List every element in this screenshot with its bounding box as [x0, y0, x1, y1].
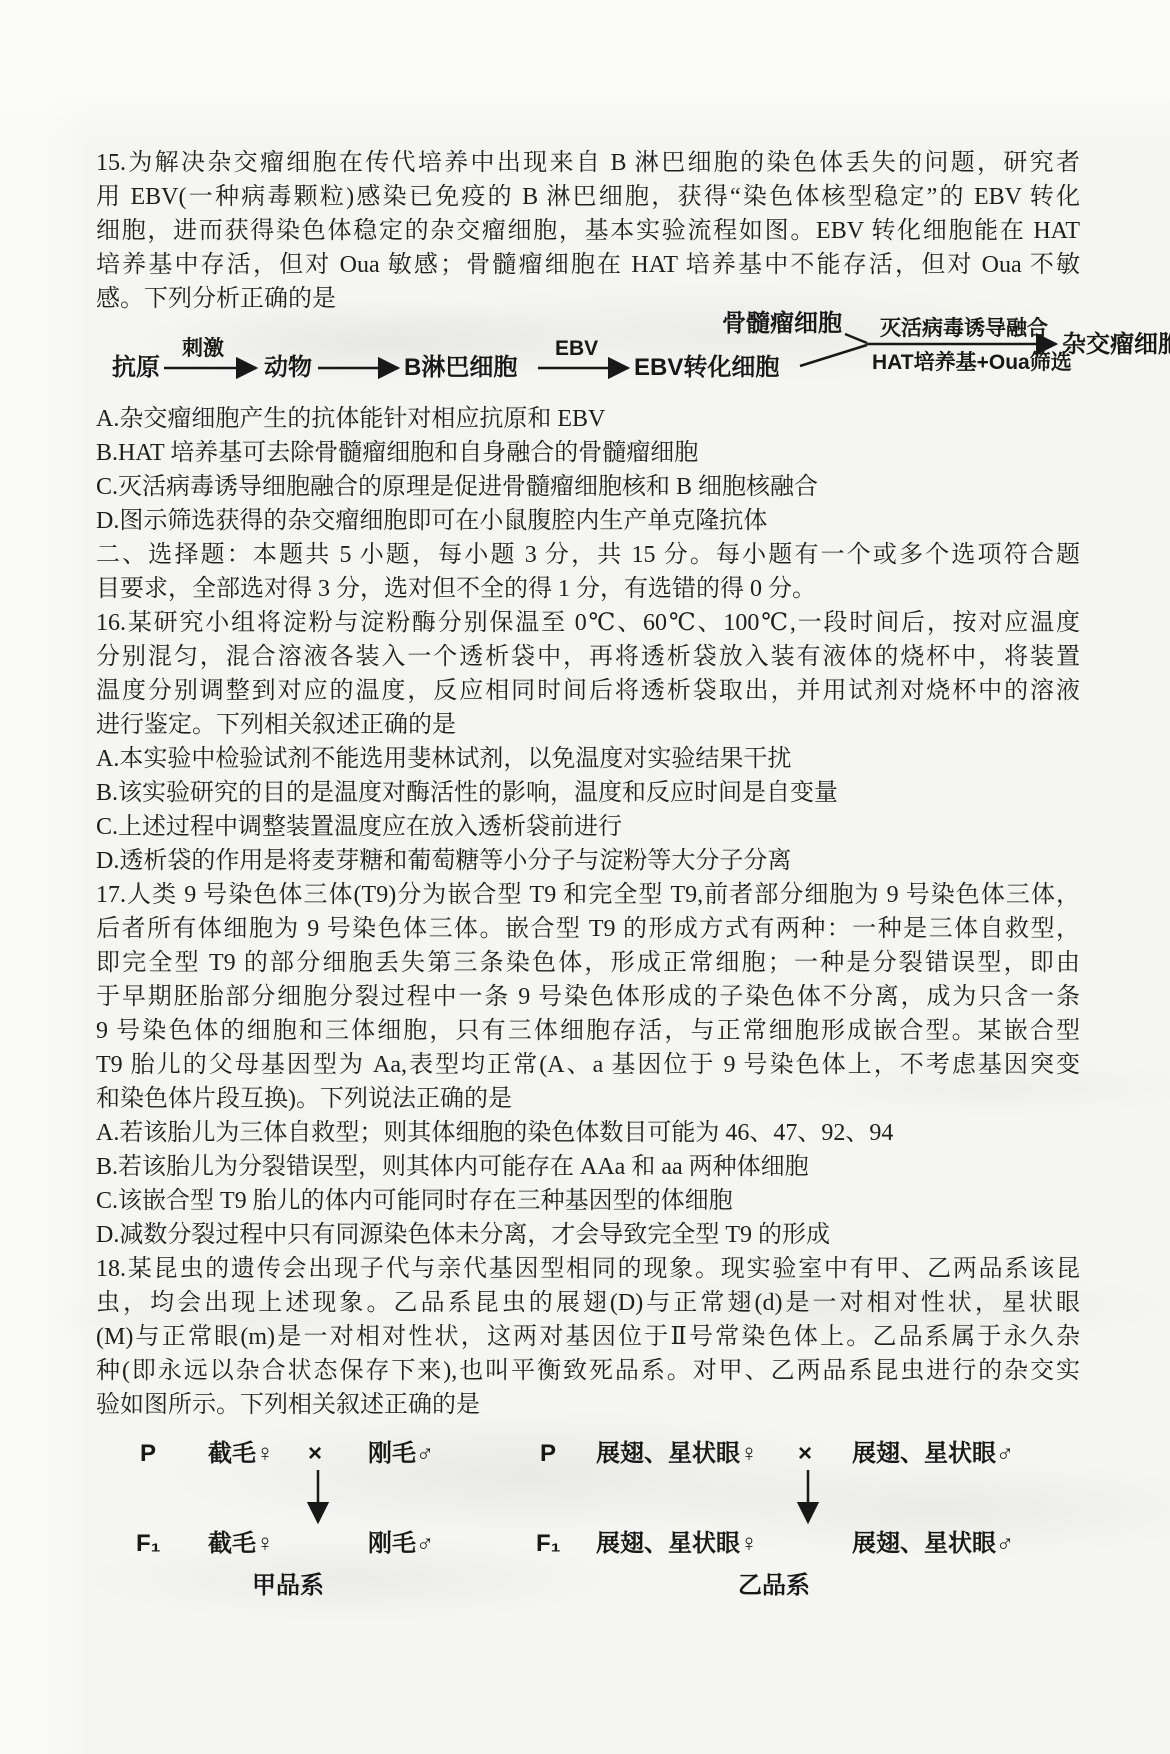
text-line: 16.某研究小组将淀粉与淀粉酶分别保温至 0℃、60℃、100℃,一段时间后，按… — [96, 606, 1080, 640]
arrow-label-ebv: EBV — [555, 338, 598, 359]
text-line: 即完全型 T9 的部分细胞丢失第三条染色体，形成正常细胞；一种是分裂错误型，即由 — [96, 946, 1080, 980]
right-gen-p-label: P — [540, 1442, 556, 1466]
q17-option-a: A.若该胎儿为三体自救型；则其体细胞的染色体数目可能为 46、47、92、94 — [96, 1116, 1080, 1150]
q16-option-c: C.上述过程中调整装置温度应在放入透析袋前进行 — [96, 810, 1080, 844]
text-line: 培养基中存活，但对 Oua 敏感；骨髓瘤细胞在 HAT 培养基中不能存活，但对 … — [96, 248, 1080, 282]
left-f1-male: 刚毛♂ — [368, 1532, 434, 1556]
fusion-method-label: 灭活病毒诱导融合 — [880, 318, 1048, 339]
text-line: T9 胎儿的父母基因型为 Aa,表型均正常(A、a 基因位于 9 号染色体上，不… — [96, 1048, 1080, 1082]
right-gen-f1-label: F₁ — [536, 1532, 561, 1556]
question-18: 18.某昆虫的遗传会出现子代与亲代基因型相同的现象。现实验室中有甲、乙两品系该昆… — [96, 1252, 1080, 1604]
q15-flow-diagram: 抗原 刺激 动物 B淋巴细胞 EBV EBV转化细胞 骨髓瘤细胞 灭活病毒诱导融… — [110, 306, 1080, 394]
text-line: 15.为解决杂交瘤细胞在传代培养中出现来自 B 淋巴细胞的染色体丢失的问题，研究… — [96, 146, 1080, 180]
q17-option-b: B.若该胎儿为分裂错误型，则其体内可能存在 AAa 和 aa 两种体细胞 — [96, 1150, 1080, 1184]
right-strain-label: 乙品系 — [738, 1574, 810, 1598]
text-line: 验如图所示。下列相关叙述正确的是 — [96, 1388, 1080, 1422]
text-line: 于早期胚胎部分细胞分裂过程中一条 9 号染色体形成的子染色体不分离，成为只含一条 — [96, 980, 1080, 1014]
q15-option-a: A.杂交瘤细胞产生的抗体能针对相应抗原和 EBV — [96, 402, 1080, 436]
text-line: 分别混匀，混合溶液各装入一个透析袋中，再将透析袋放入装有液体的烧杯中，将装置 — [96, 640, 1080, 674]
right-p-male: 展翅、星状眼♂ — [852, 1442, 1014, 1466]
left-cross-sign: × — [308, 1442, 322, 1466]
q15-stem: 15.为解决杂交瘤细胞在传代培养中出现来自 B 淋巴细胞的染色体丢失的问题，研究… — [96, 146, 1080, 316]
q16-option-a: A.本实验中检验试剂不能选用斐林试剂，以免温度对实验结果干扰 — [96, 742, 1080, 776]
q15-option-b: B.HAT 培养基可去除骨髓瘤细胞和自身融合的骨髓瘤细胞 — [96, 436, 1080, 470]
text-line: 进行鉴定。下列相关叙述正确的是 — [96, 708, 1080, 742]
q17-stem: 17.人类 9 号染色体三体(T9)分为嵌合型 T9 和完全型 T9,前者部分细… — [96, 878, 1080, 1116]
left-gen-f1-label: F₁ — [136, 1532, 161, 1556]
text-line: 用 EBV(一种病毒颗粒)感染已免疫的 B 淋巴细胞，获得“染色体核型稳定”的 … — [96, 180, 1080, 214]
section-2-heading: 二、选择题：本题共 5 小题，每小题 3 分，共 15 分。每小题有一个或多个选… — [96, 538, 1080, 606]
node-hybridoma: 杂交瘤细胞 — [1062, 333, 1170, 357]
text-line: 温度分别调整到对应的温度，反应相同时间后将透析袋取出，并用试剂对烧杯中的溶液 — [96, 674, 1080, 708]
q17-option-c: C.该嵌合型 T9 胎儿的体内可能同时存在三种基因型的体细胞 — [96, 1184, 1080, 1218]
question-15: 15.为解决杂交瘤细胞在传代培养中出现来自 B 淋巴细胞的染色体丢失的问题，研究… — [96, 146, 1080, 538]
q17-option-d: D.减数分裂过程中只有同源染色体未分离，才会导致完全型 T9 的形成 — [96, 1218, 1080, 1252]
text-line: 虫，均会出现上述现象。乙品系昆虫的展翅(D)与正常翅(d)是一对相对性状，星状眼 — [96, 1286, 1080, 1320]
text-line: 后者所有体细胞为 9 号染色体三体。嵌合型 T9 的形成方式有两种：一种是三体自… — [96, 912, 1080, 946]
text-line: 二、选择题：本题共 5 小题，每小题 3 分，共 15 分。每小题有一个或多个选… — [96, 538, 1080, 572]
text-line: 目要求，全部选对得 3 分，选对但不全的得 1 分，有选错的得 0 分。 — [96, 572, 1080, 606]
node-ebv-cell: EBV转化细胞 — [634, 356, 779, 380]
right-cross-sign: × — [798, 1442, 812, 1466]
exam-paper-page: 15.为解决杂交瘤细胞在传代培养中出现来自 B 淋巴细胞的染色体丢失的问题，研究… — [0, 0, 1170, 1754]
selection-medium-label: HAT培养基+Oua筛选 — [872, 352, 1072, 373]
right-f1-female: 展翅、星状眼♀ — [596, 1532, 758, 1556]
right-f1-male: 展翅、星状眼♂ — [852, 1532, 1014, 1556]
right-p-female: 展翅、星状眼♀ — [596, 1442, 758, 1466]
text-line: 细胞，进而获得染色体稳定的杂交瘤细胞，基本实验流程如图。EBV 转化细胞能在 H… — [96, 214, 1080, 248]
left-gen-p-label: P — [140, 1442, 156, 1466]
q15-option-d: D.图示筛选获得的杂交瘤细胞即可在小鼠腹腔内生产单克隆抗体 — [96, 504, 1080, 538]
node-myeloma: 骨髓瘤细胞 — [722, 312, 842, 336]
q15-option-c: C.灭活病毒诱导细胞融合的原理是促进骨髓瘤细胞核和 B 细胞核融合 — [96, 470, 1080, 504]
node-antigen: 抗原 — [112, 356, 160, 380]
q16-option-b: B.该实验研究的目的是温度对酶活性的影响，温度和反应时间是自变量 — [96, 776, 1080, 810]
arrow-label-stimulate: 刺激 — [182, 338, 224, 359]
question-17: 17.人类 9 号染色体三体(T9)分为嵌合型 T9 和完全型 T9,前者部分细… — [96, 878, 1080, 1252]
q18-cross-diagram: P 截毛♀ × 刚毛♂ F₁ 截毛♀ 刚毛♂ 甲品系 P 展翅、星状眼♀ × 展… — [96, 1436, 1080, 1604]
left-f1-female: 截毛♀ — [208, 1532, 274, 1556]
text-line: 9 号染色体的细胞和三体细胞，只有三体细胞存活，与正常细胞形成嵌合型。某嵌合型 — [96, 1014, 1080, 1048]
text-line: 17.人类 9 号染色体三体(T9)分为嵌合型 T9 和完全型 T9,前者部分细… — [96, 878, 1080, 912]
q18-stem: 18.某昆虫的遗传会出现子代与亲代基因型相同的现象。现实验室中有甲、乙两品系该昆… — [96, 1252, 1080, 1422]
q16-option-d: D.透析袋的作用是将麦芽糖和葡萄糖等小分子与淀粉等大分子分离 — [96, 844, 1080, 878]
left-p-female: 截毛♀ — [208, 1442, 274, 1466]
text-line: 和染色体片段互换)。下列说法正确的是 — [96, 1082, 1080, 1116]
node-b-lymphocyte: B淋巴细胞 — [404, 356, 517, 380]
page-content: 15.为解决杂交瘤细胞在传代培养中出现来自 B 淋巴细胞的染色体丢失的问题，研究… — [96, 146, 1080, 1604]
question-16: 16.某研究小组将淀粉与淀粉酶分别保温至 0℃、60℃、100℃,一段时间后，按… — [96, 606, 1080, 878]
text-line: (M)与正常眼(m)是一对相对性状，这两对基因位于Ⅱ号常染色体上。乙品系属于永久… — [96, 1320, 1080, 1354]
left-p-male: 刚毛♂ — [368, 1442, 434, 1466]
text-line: 18.某昆虫的遗传会出现子代与亲代基因型相同的现象。现实验室中有甲、乙两品系该昆 — [96, 1252, 1080, 1286]
text-line: 种(即永远以杂合状态保存下来),也叫平衡致死品系。对甲、乙两品系昆虫进行的杂交实 — [96, 1354, 1080, 1388]
left-strain-label: 甲品系 — [252, 1574, 324, 1598]
q16-stem: 16.某研究小组将淀粉与淀粉酶分别保温至 0℃、60℃、100℃,一段时间后，按… — [96, 606, 1080, 742]
node-animal: 动物 — [264, 356, 312, 380]
